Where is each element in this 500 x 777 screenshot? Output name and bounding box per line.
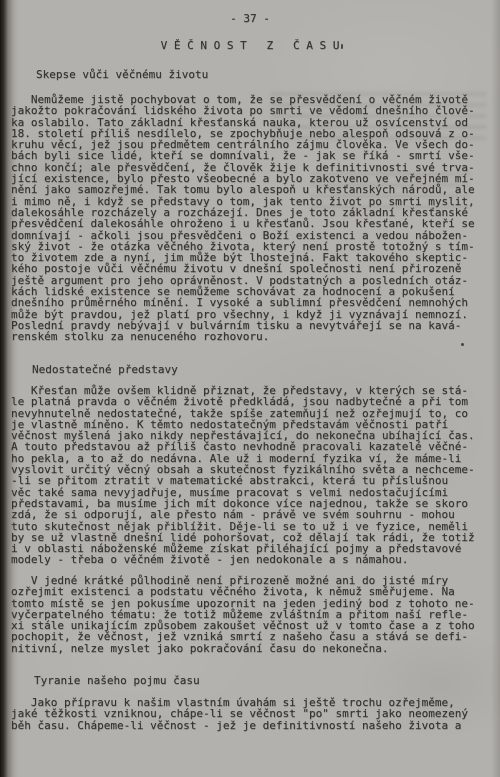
ink-speck (461, 343, 464, 346)
page-number: - 37 - (0, 13, 500, 24)
section-heading-tyranie-naseho-pojmu-casu: Tyranie našeho pojmu času (34, 675, 200, 686)
paragraph: Jako přípravu k našim vlastním úvahám si… (11, 697, 468, 731)
section-heading-nedostatecne-predstavy: Nedostatečné představy (32, 364, 178, 375)
page-title: V Ě Č N O S T Z Č A S U (0, 40, 500, 51)
paragraph: Nemůžeme jistě pochybovat o tom, že se p… (11, 94, 475, 343)
paragraph: V jedné krátké půlhodině není přirozeně … (11, 575, 475, 654)
page-edge-shade (491, 0, 500, 777)
section-heading-skepse-vuci-vecnemu-zivotu: Skepse vůči věčnému životu (36, 69, 208, 80)
paragraph: Křesťan může ovšem klidně přiznat, že př… (11, 385, 475, 566)
